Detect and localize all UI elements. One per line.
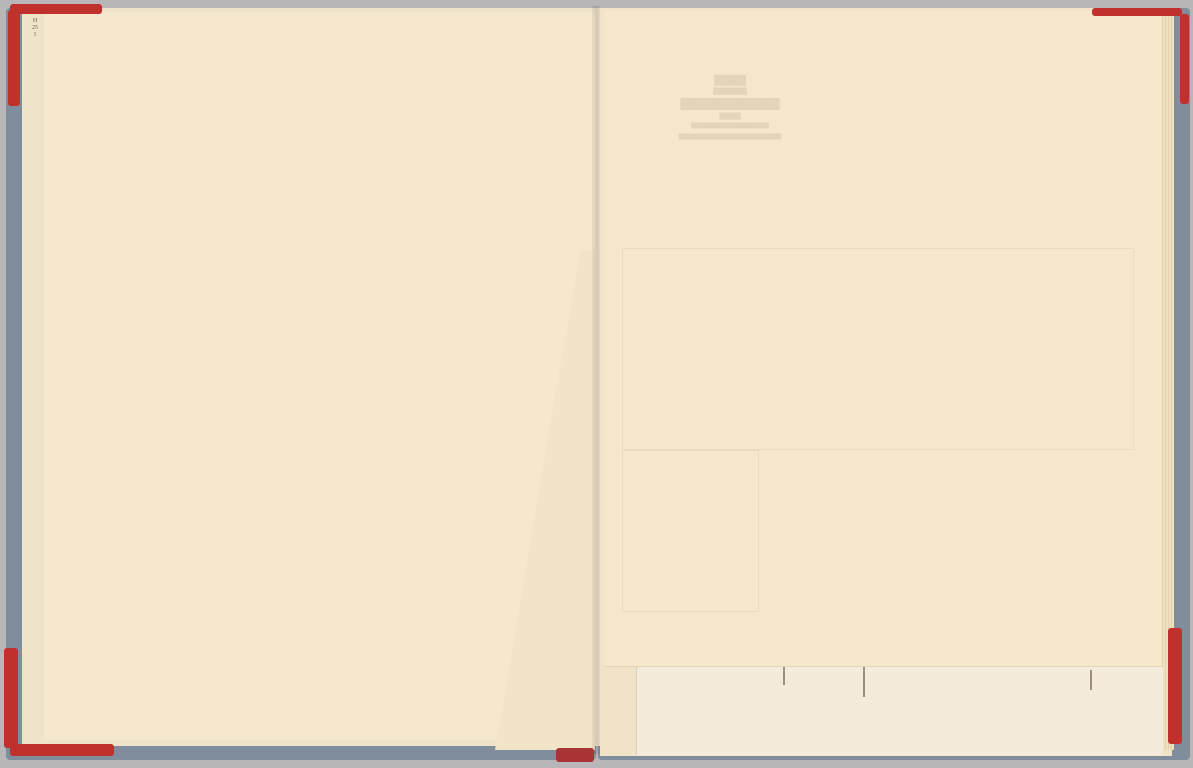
show-through-line: █████ [610, 114, 850, 120]
corner-tape-bottom-right-v [1168, 628, 1182, 744]
show-through-line: █████████████████████████████ [610, 135, 850, 140]
shelf-label-line: H [28, 18, 42, 25]
show-through-line: █████ [610, 75, 850, 85]
left-page [44, 12, 596, 740]
show-through-map-frame [622, 248, 1134, 450]
guard-tick [1090, 670, 1092, 690]
show-through-line: ██████████████ [610, 99, 850, 110]
corner-tape-top-left-h [10, 4, 102, 14]
shelf-label-line: 25 [28, 25, 42, 32]
corner-tape-bottom-left-v [4, 648, 18, 748]
corner-tape-bottom-left-h [10, 744, 114, 756]
guard-tick [863, 667, 865, 697]
corner-tape-top-left-v [8, 10, 20, 106]
show-through-line: ██████████████████████ [610, 124, 850, 129]
show-through-title: █████ ████████ ██████████████ █████ ████… [610, 75, 850, 140]
shelf-label-line: 1 [28, 32, 42, 39]
show-through-line: ████████ [610, 89, 850, 95]
corner-tape-top-right-v [1180, 14, 1189, 104]
spine-tape-bottom [556, 748, 594, 762]
show-through-map-inset [622, 450, 759, 612]
shelf-label: H 25 1 [28, 18, 42, 39]
corner-tape-top-right-h [1092, 8, 1182, 16]
guard-tick [783, 667, 785, 685]
right-page-lower-leaf [636, 667, 1163, 755]
